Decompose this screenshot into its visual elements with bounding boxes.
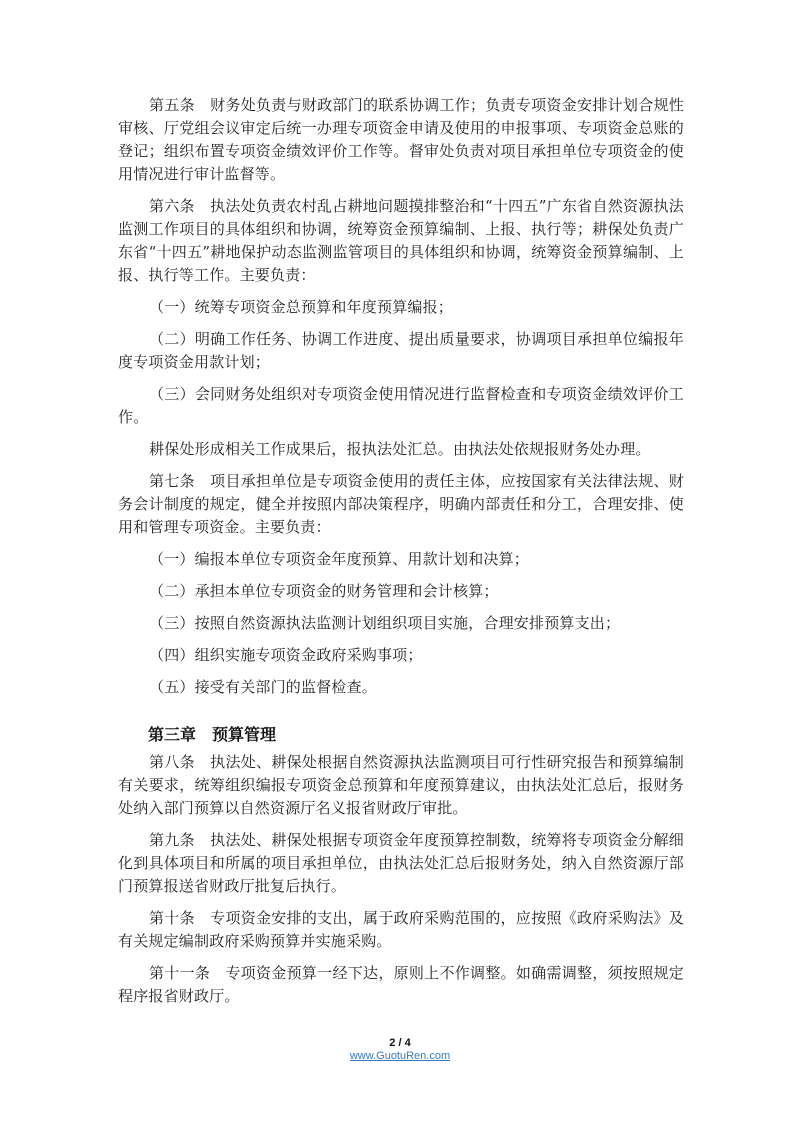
article-11: 第十一条 专项资金预算一经下达，原则上不作调整。如确需调整，须按照规定程序报省财… <box>118 962 684 1008</box>
article-7-item-2: （二）承担本单位专项资金的财务管理和会计核算； <box>118 580 684 603</box>
document-page: 第五条 财务处负责与财政部门的联系协调工作；负责专项资金安排计划合规性审核、厅党… <box>118 94 684 1017</box>
article-9: 第九条 执法处、耕保处根据专项资金年度预算控制数，统筹将专项资金分解细化到具体项… <box>118 829 684 898</box>
article-7: 第七条 项目承担单位是专项资金使用的责任主体，应按国家有关法律法规、财务会计制度… <box>118 470 684 539</box>
article-7-item-5: （五）接受有关部门的监督检查。 <box>118 676 684 699</box>
article-6-note: 耕保处形成相关工作成果后，报执法处汇总。由执法处依规报财务处办理。 <box>118 438 684 461</box>
article-6-item-3: （三）会同财务处组织对专项资金使用情况进行监督检查和专项资金绩效评价工作。 <box>118 383 684 429</box>
article-7-item-1: （一）编报本单位专项资金年度预算、用款计划和决算； <box>118 548 684 571</box>
article-6-item-1: （一）统筹专项资金总预算和年度预算编报； <box>118 296 684 319</box>
article-6-item-2: （二）明确工作任务、协调工作进度、提出质量要求，协调项目承担单位编报年度专项资金… <box>118 328 684 374</box>
article-6: 第六条 执法处负责农村乱占耕地问题摸排整治和“十四五”广东省自然资源执法监测工作… <box>118 195 684 287</box>
article-8: 第八条 执法处、耕保处根据自然资源执法监测项目可行性研究报告和预算编制有关要求，… <box>118 751 684 820</box>
chapter-heading: 第三章 预算管理 <box>118 723 684 747</box>
site-link[interactable]: www.GuotuRen.com <box>0 1050 800 1062</box>
article-10: 第十条 专项资金安排的支出，属于政府采购范围的，应按照《政府采购法》及有关规定编… <box>118 907 684 953</box>
article-5: 第五条 财务处负责与财政部门的联系协调工作；负责专项资金安排计划合规性审核、厅党… <box>118 94 684 186</box>
article-7-item-4: （四）组织实施专项资金政府采购事项； <box>118 644 684 667</box>
page-number: 2 / 4 <box>0 1037 800 1049</box>
article-7-item-3: （三）按照自然资源执法监测计划组织项目实施，合理安排预算支出； <box>118 612 684 635</box>
